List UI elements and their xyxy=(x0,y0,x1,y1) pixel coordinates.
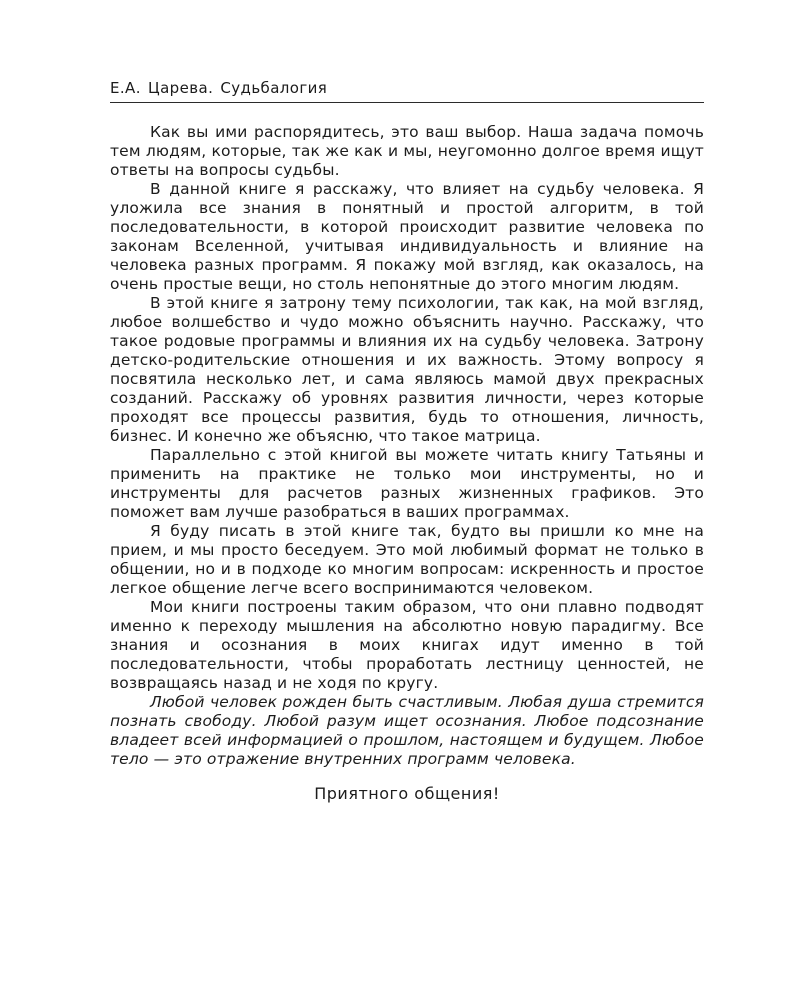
body-paragraph-1: Как вы ими распорядитесь, это ваш выбор.… xyxy=(110,123,704,180)
body-paragraph-5: Я буду писать в этой книге так, будто вы… xyxy=(110,522,704,598)
body-text: Как вы ими распорядитесь, это ваш выбор.… xyxy=(110,123,704,769)
text-column: Е.А. Царева. Судьбалогия Как вы ими расп… xyxy=(110,80,704,803)
running-header: Е.А. Царева. Судьбалогия xyxy=(110,80,704,103)
closing-line: Приятного общения! xyxy=(110,784,704,803)
body-paragraph-7-italic: Любой человек рожден быть счастливым. Лю… xyxy=(110,693,704,769)
body-paragraph-6: Мои книги построены таким образом, что о… xyxy=(110,598,704,693)
body-paragraph-2: В данной книге я расскажу, что влияет на… xyxy=(110,180,704,294)
body-paragraph-4: Параллельно с этой книгой вы можете чита… xyxy=(110,446,704,522)
book-page: Е.А. Царева. Судьбалогия Как вы ими расп… xyxy=(0,0,800,1000)
body-paragraph-3: В этой книге я затрону тему психологии, … xyxy=(110,294,704,446)
